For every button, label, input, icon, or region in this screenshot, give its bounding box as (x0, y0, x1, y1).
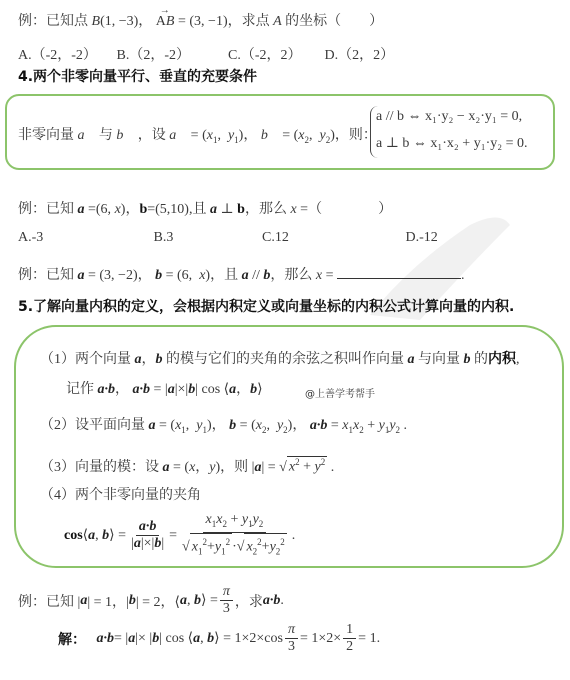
section5-heading: 5.了解向量内积的定义，会根据内积定义或向量坐标的内积公式计算向量的内积. (18, 296, 514, 316)
option-b[interactable]: B.3 (154, 230, 259, 246)
option-a[interactable]: A.-3 (18, 230, 150, 246)
option-a[interactable]: A.（-2，-2） (18, 44, 113, 64)
answer-blank[interactable] (337, 264, 461, 279)
item4-formula: cos⟨a, b⟩ = a·b|a|×|b| = x1x2 + y1y2√x12… (64, 512, 295, 559)
watermark-tag: @上善学考帮手 (305, 385, 375, 400)
example4-solution: 解： a·b = |a|× |b| cos ⟨a, b⟩ = 1×2×cos π… (58, 622, 380, 655)
item2: （2）设平面向量 a = (x1, y1)， b = (x2, y2)， a·b… (40, 414, 407, 435)
option-b[interactable]: B.（2，-2） (117, 44, 225, 64)
option-d[interactable]: D.（2，2） (325, 48, 395, 63)
option-c[interactable]: C.12 (262, 230, 402, 246)
option-c[interactable]: C.（-2，2） (228, 44, 321, 64)
option-d[interactable]: D.-12 (406, 230, 438, 245)
item1-line2: 记作 a·b， a·b = |a|×|b| cos ⟨a，b⟩ (66, 378, 263, 398)
item4: （4）两个非零向量的夹角 (40, 484, 201, 504)
solution-label: 解： (58, 629, 86, 649)
parallel-condition: a // b ⇔ x₁·y₂ − x₂·y₁ = 0, (376, 109, 522, 125)
section4-box-text: 非零向量 a⃗ 与 b⃗ ，设 a⃗ = (x1, y1)， b⃗ = (x2,… (18, 124, 377, 145)
example4-question: 例：已知 |a| = 1，|b| = 2，⟨a, b⟩ = π3，求 a·b. (18, 584, 284, 617)
perpendicular-condition: a ⊥ b ⇔ x₁·x₂ + y₁·y₂ = 0. (376, 135, 528, 152)
item1-line1: （1）两个向量 a，b 的模与它们的夹角的余弦之积叫作向量 a 与向量 b 的内… (40, 348, 520, 368)
example3-question: 例：已知 a = (3, −2)， b = (6, x)，且 a // b，那么… (18, 264, 464, 284)
example1-question: 例：已知点 B(1, −3)， →AB = (3, −1)，求点 A 的坐标（ … (18, 10, 383, 30)
item3: （3）向量的模：设 a = (x，y)，则 |a| = √x2 + y2 . (40, 456, 334, 476)
example2-options: A.-3 B.3 C.12 D.-12 (18, 230, 558, 246)
example1-options: A.（-2，-2） B.（2，-2） C.（-2，2） D.（2，2） (18, 44, 558, 64)
example2-question: 例：已知 a =(6, x)，b=(5,10),且 a ⊥ b，那么 x =（ … (18, 198, 392, 218)
section4-heading: 4.两个非零向量平行、垂直的充要条件 (18, 66, 257, 86)
